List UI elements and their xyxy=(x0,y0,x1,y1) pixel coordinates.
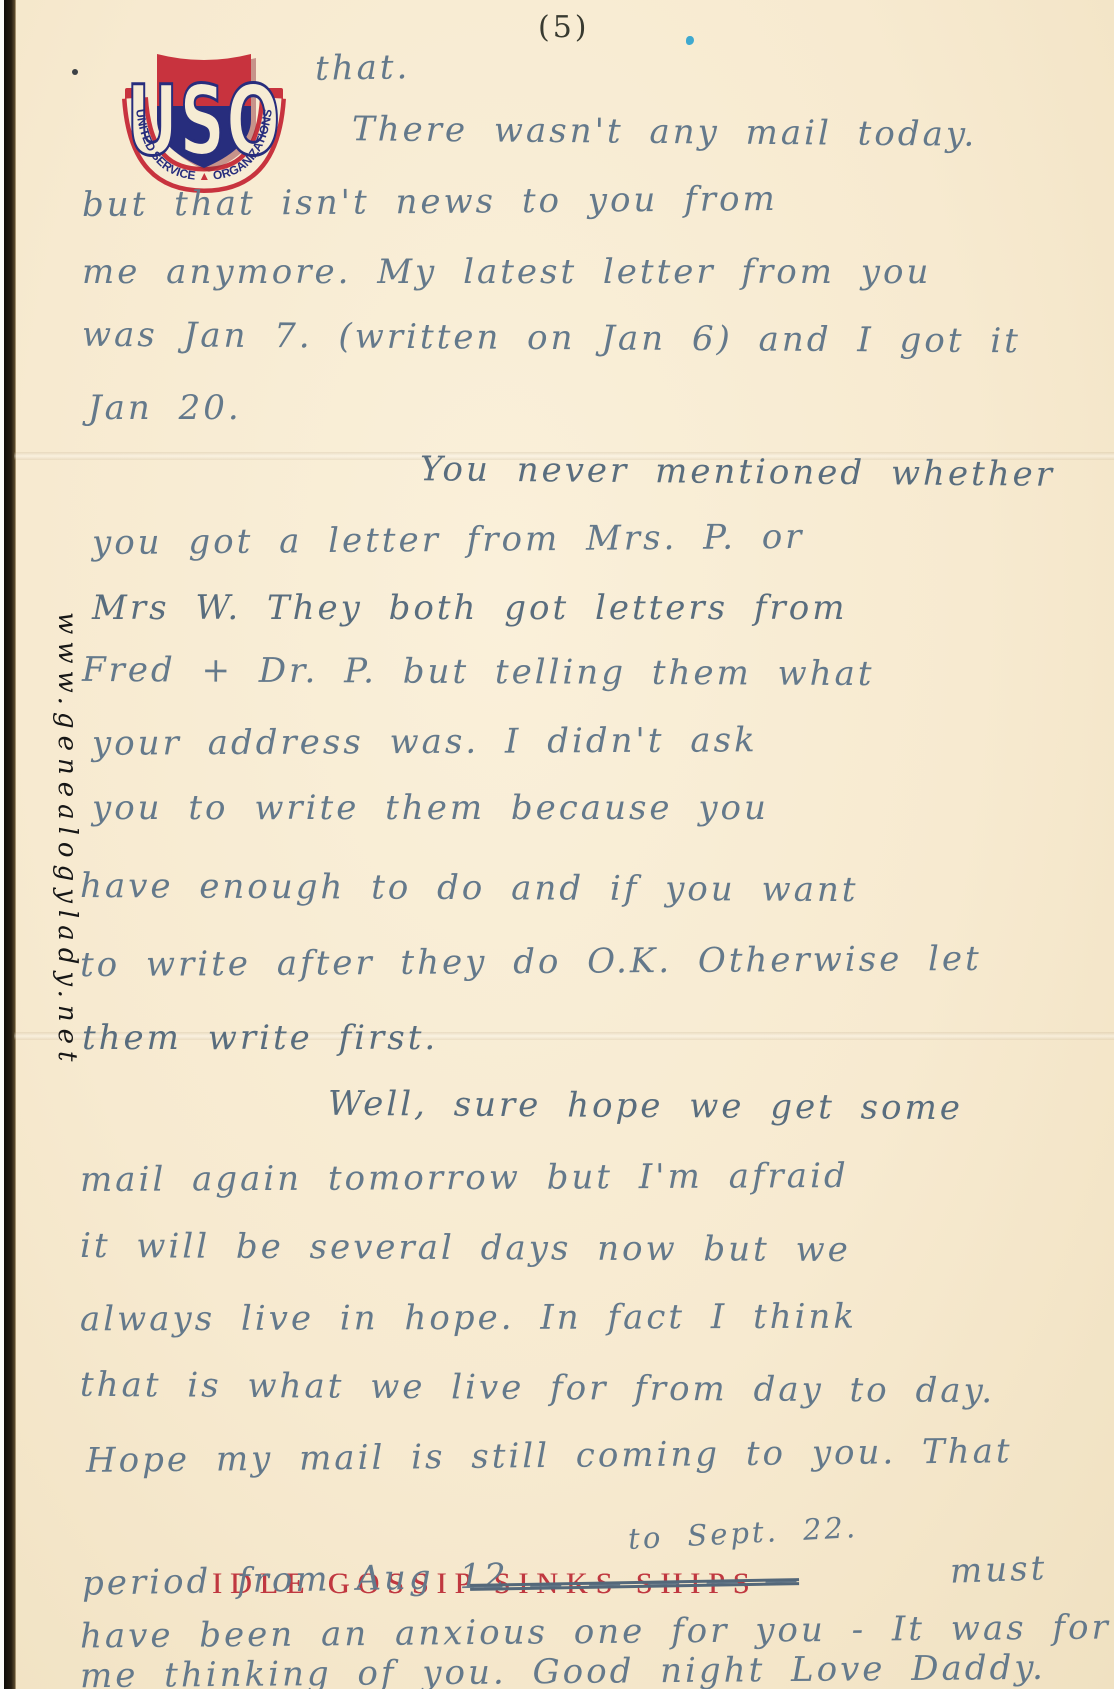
handwriting-line: to write after they do O.K. Otherwise le… xyxy=(80,939,982,985)
blue-ink-speck xyxy=(686,36,694,45)
uso-acronym: USO xyxy=(127,67,282,178)
handwriting-line: your address was. I didn't ask xyxy=(92,720,758,763)
handwriting-line: me anymore. My latest letter from you xyxy=(82,252,931,292)
handwriting-line: that is what we live for from day to day… xyxy=(80,1365,995,1411)
handwriting-line: Fred + Dr. P. but telling them what xyxy=(82,650,875,694)
scan-edge-dark xyxy=(4,0,16,1689)
handwriting-line: me thinking of you. Good night Love Dadd… xyxy=(80,1648,1046,1689)
handwriting-strikethrough-scribble: — — — — — — xyxy=(470,1559,800,1605)
handwriting-insertion: to Sept. 22. xyxy=(627,1510,859,1556)
handwriting-line: was Jan 7. (written on Jan 6) and I got … xyxy=(82,315,1021,362)
ink-speck xyxy=(72,69,78,75)
handwriting-line: must xyxy=(949,1548,1048,1591)
handwriting-line: Mrs W. They both got letters from xyxy=(92,588,847,628)
handwriting-line: Hope my mail is still coming to you. Tha… xyxy=(86,1431,1013,1481)
handwriting-line: There wasn't any mail today. xyxy=(352,109,978,154)
uso-logo: USO UNITED SERVICE ▲ ORGANIZATIONS xyxy=(113,44,295,194)
handwriting-line: period from Aug 12 xyxy=(82,1556,509,1603)
handwriting-line: mail again tomorrow but I'm afraid xyxy=(80,1156,849,1200)
letter-scan: USO UNITED SERVICE ▲ ORGANIZATIONS (5) w… xyxy=(0,0,1114,1689)
handwriting-line: Jan 20. xyxy=(88,388,242,428)
handwriting-line: it will be several days now but we xyxy=(80,1226,851,1270)
handwriting-line: but that isn't news to you from xyxy=(82,179,778,225)
handwriting-line: you got a letter from Mrs. P. or xyxy=(92,517,805,563)
handwriting-line: Well, sure hope we get some xyxy=(328,1084,963,1128)
handwriting-line: them write first. xyxy=(82,1018,438,1058)
handwriting-line: always live in hope. In fact I think xyxy=(80,1297,857,1340)
handwriting-line: have enough to do and if you want xyxy=(80,866,859,910)
handwriting-line: you to write them because you xyxy=(92,788,769,828)
uso-banner-separator-icon: ▲ xyxy=(198,169,210,183)
watermark: www.genealogylady.net xyxy=(52,612,82,1062)
handwriting-line: You never mentioned whether xyxy=(420,449,1055,495)
handwriting-line: that. xyxy=(315,47,411,89)
page-number: (5) xyxy=(538,10,590,45)
